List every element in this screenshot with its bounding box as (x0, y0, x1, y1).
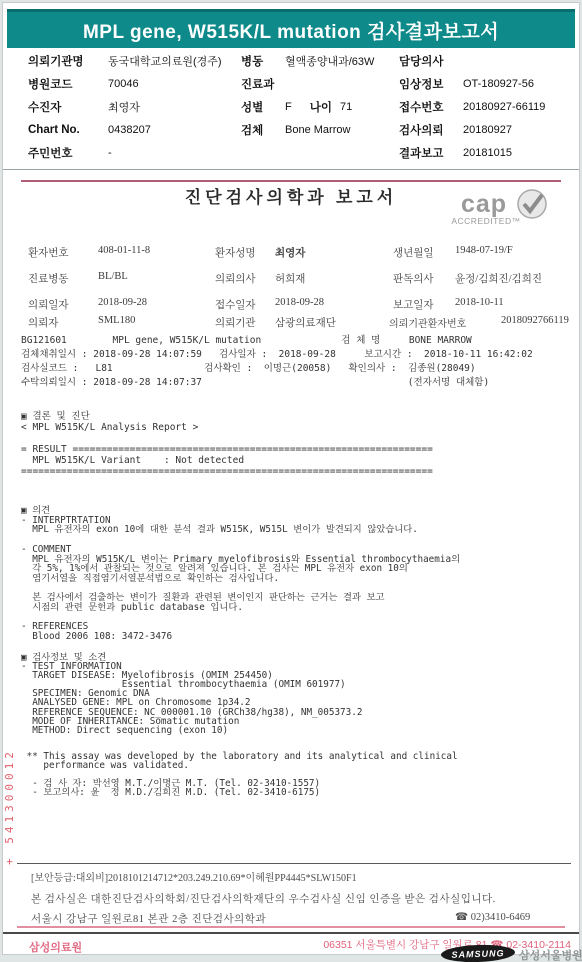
lab-address-line: 서울시 강남구 일원로81 본관 2층 진단검사의학과 (31, 911, 266, 926)
field-value: 최영자 (275, 245, 305, 260)
field-label: 의뢰기관환자번호 (389, 315, 466, 330)
field-label: 진료병동 (28, 271, 69, 286)
field-label: 의뢰기관명 (28, 53, 108, 69)
field-value: 최영자 (108, 99, 140, 115)
field-value: 허희재 (275, 271, 305, 286)
order-header-col3: 담당의사 임상정보 OT-180927-56 접수번호 20180927-661… (399, 49, 577, 164)
field-value: 0438207 (108, 124, 151, 136)
field-label: 진료과 (241, 76, 285, 92)
field-value: 1948-07-19/F (455, 245, 513, 256)
interpretation-block: ▣ 의견 - INTERPTRTATION MPL 유전자의 exon 10에 … (21, 506, 460, 642)
field-row: 병원코드 70046 (28, 72, 240, 95)
field-value: 20180927 (463, 124, 512, 136)
field-label: 환자번호 (28, 245, 69, 260)
field-label: 판독의사 (393, 271, 434, 286)
samsung-logo-text: SAMSUNG (451, 948, 504, 960)
field-label: 성별 (241, 99, 285, 115)
field-row: 주민번호 - (28, 141, 240, 164)
field-value: 2018-09-28 (98, 297, 147, 308)
field-row: 의뢰기관명 동국대학교의료원(경주) (28, 49, 240, 72)
lab-phone: ☎ 02)3410-6469 (455, 911, 530, 923)
footer-dark-rule (3, 932, 579, 934)
field-value: 동국대학교의료원(경주) (108, 53, 222, 69)
field-value: BL/BL (98, 271, 128, 282)
signers-block: - 검 사 자: 박선영 M.T./이명근 M.T. (Tel. 02-3410… (21, 779, 320, 797)
field-label: 의뢰자 (28, 315, 58, 330)
phone-icon: ☎ (455, 912, 468, 923)
field-label: 담당의사 (399, 53, 463, 69)
test-information-block: ▣ 검사정보 및 소견 - TEST INFORMATION TARGET DI… (21, 653, 362, 735)
field-label: 임상정보 (399, 76, 463, 92)
field-row: 임상정보 OT-180927-56 (399, 72, 577, 95)
accreditation-line: 본 검사실은 대한진단검사의학회/진단검사의학재단의 우수검사실 신임 인증을 … (31, 891, 496, 906)
field-label: 주민번호 (28, 145, 108, 161)
field-label: 검사의뢰 (399, 122, 463, 138)
field-row: 수진자 최영자 (28, 95, 240, 118)
field-label: 보고일자 (393, 297, 434, 312)
field-row: 결과보고 20181015 (399, 141, 577, 164)
field-row: 진료과 (241, 72, 401, 95)
field-value: OT-180927-56 (463, 78, 534, 90)
lab-phone-number: 02)3410-6469 (471, 912, 531, 923)
order-header-col1: 의뢰기관명 동국대학교의료원(경주) 병원코드 70046 수진자 최영자 Ch… (28, 49, 240, 164)
field-label: 병원코드 (28, 76, 108, 92)
field-label: 결과보고 (399, 145, 463, 161)
field-row: 접수번호 20180927-66119 (399, 95, 577, 118)
field-value: 70046 (108, 78, 139, 90)
field-value: F (285, 101, 292, 113)
security-divider (17, 863, 571, 864)
field-label: 수진자 (28, 99, 108, 115)
field-value: 2018092766119 (501, 315, 581, 326)
field-label: 접수번호 (399, 99, 463, 115)
report-banner-title: MPL gene, W515K/L mutation 검사결과보고서 (83, 17, 499, 44)
field-value: Bone Marrow (285, 124, 350, 136)
assay-note-block: ** This assay was developed by the labor… (21, 752, 458, 770)
field-row: 검체 Bone Marrow (241, 118, 401, 141)
field-value: SML180 (98, 315, 135, 326)
field-label: 환자성명 (215, 245, 256, 260)
field-label: 의뢰일자 (28, 297, 69, 312)
field-label: 나이 (310, 99, 332, 115)
field-value: 윤정/김희진/김희진 (455, 271, 542, 286)
field-value: 혈액종양내과/63W (285, 53, 374, 69)
field-row: 병동 혈액종양내과/63W (241, 49, 401, 72)
report-banner: MPL gene, W515K/L mutation 검사결과보고서 (7, 9, 575, 48)
field-value: 20181015 (463, 147, 512, 159)
footer-pink-rule (17, 926, 565, 928)
cap-accredited-label: ACCREDITED™ (431, 216, 541, 226)
field-value: - (108, 147, 112, 159)
field-label: 생년월일 (393, 245, 434, 260)
test-meta-block: BG121601 MPL gene, W515K/L mutation 검 체 … (21, 334, 533, 390)
conclusion-block: ▣ 결론 및 진단 < MPL W515K/L Analysis Report … (21, 411, 433, 477)
field-row: 검사의뢰 20180927 (399, 118, 577, 141)
cap-accredited-badge: cap ACCREDITED™ (441, 193, 551, 226)
field-value: 408-01-11-8 (98, 245, 150, 256)
field-label: 의뢰의사 (215, 271, 256, 286)
report-top-rule (21, 180, 561, 182)
order-header-col2: 병동 혈액종양내과/63W 진료과 성별 F 나이 71 검체 Bone Mar… (241, 49, 401, 141)
field-label: Chart No. (28, 124, 108, 136)
field-row: 담당의사 (399, 49, 577, 72)
header-divider (3, 169, 579, 170)
field-value: 20180927-66119 (463, 101, 545, 113)
field-label: 접수일자 (215, 297, 256, 312)
field-label: 병동 (241, 53, 285, 69)
field-row: Chart No. 0438207 (28, 118, 240, 141)
field-value: 71 (340, 101, 352, 113)
security-line: [보안등급:대외비]2018101214712*203.249.210.69*이… (31, 869, 357, 884)
field-row: 성별 F 나이 71 (241, 95, 401, 118)
side-accession-code: + 541300012 (3, 693, 16, 865)
field-value: 2018-10-11 (455, 297, 504, 308)
field-label: 의뢰기관 (215, 315, 256, 330)
field-value: 삼광의료재단 (275, 315, 336, 330)
footer-org-name: 삼성의료원 (29, 939, 82, 955)
footer-hospital-name: 삼성서울병원 (519, 947, 582, 962)
field-label: 검체 (241, 122, 285, 138)
field-value: 2018-09-28 (275, 297, 324, 308)
report-page: MPL gene, W515K/L mutation 검사결과보고서 의뢰기관명… (2, 2, 580, 955)
